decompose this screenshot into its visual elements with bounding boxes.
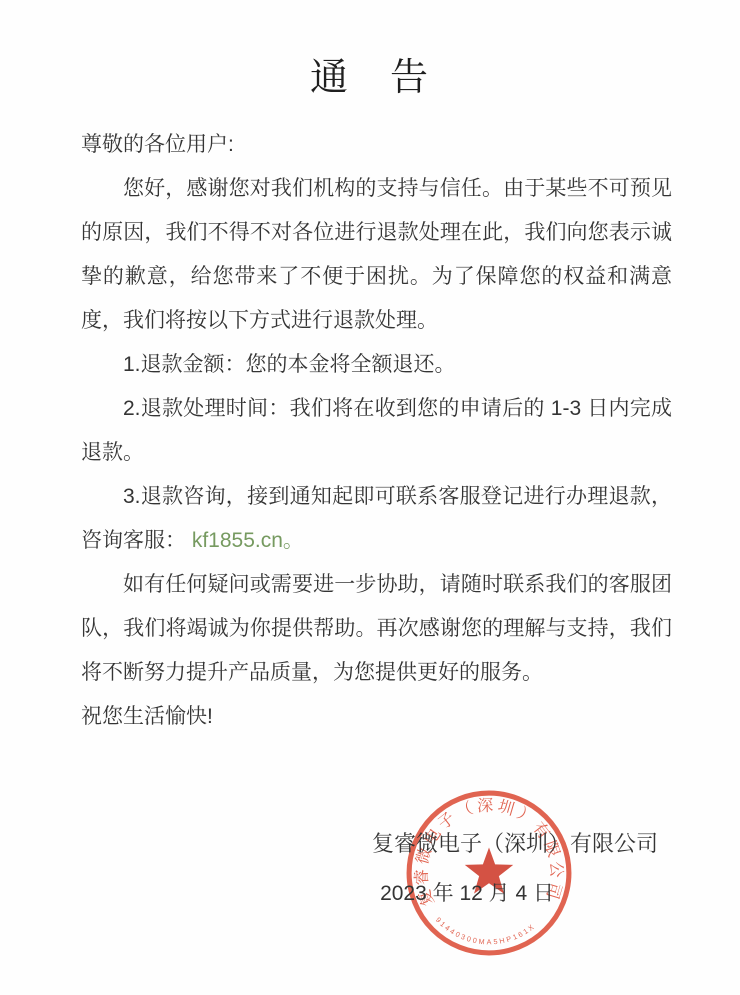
notice-title: 通 告	[0, 0, 740, 101]
link-period: 。	[283, 529, 304, 552]
closing-wish-line: 祝您生活愉快!	[81, 695, 672, 739]
paragraph-refund-amount: 1.退款金额：您的本金将全额退还。	[81, 343, 672, 387]
paragraph-refund-time: 2.退款处理时间：我们将在收到您的申请后的 1-3 日内完成退款。	[81, 387, 672, 475]
customer-service-link[interactable]: kf1855.cn	[192, 529, 283, 552]
notice-page: 通 告 尊敬的各位用户: 您好，感谢您对我们机构的支持与信任。由于某些不可预见的…	[0, 0, 740, 995]
paragraph-closing-thanks: 如有任何疑问或需要进一步协助，请随时联系我们的客服团队，我们将竭诚为你提供帮助。…	[81, 563, 672, 695]
refund-contact-text: 3.退款咨询，接到通知起即可联系客服登记进行办理退款，咨询客服：	[81, 485, 672, 552]
notice-body: 尊敬的各位用户: 您好，感谢您对我们机构的支持与信任。由于某些不可预见的原因，我…	[81, 123, 672, 739]
greeting-line: 尊敬的各位用户:	[81, 123, 672, 167]
signature-date: 2023 年 12 月 4 日	[0, 872, 554, 916]
signature-company-name: 复睿微电子（深圳）有限公司	[0, 822, 658, 866]
paragraph-refund-contact: 3.退款咨询，接到通知起即可联系客服登记进行办理退款，咨询客服： kf1855.…	[81, 475, 672, 563]
paragraph-intro: 您好，感谢您对我们机构的支持与信任。由于某些不可预见的原因，我们不得不对各位进行…	[81, 167, 672, 343]
